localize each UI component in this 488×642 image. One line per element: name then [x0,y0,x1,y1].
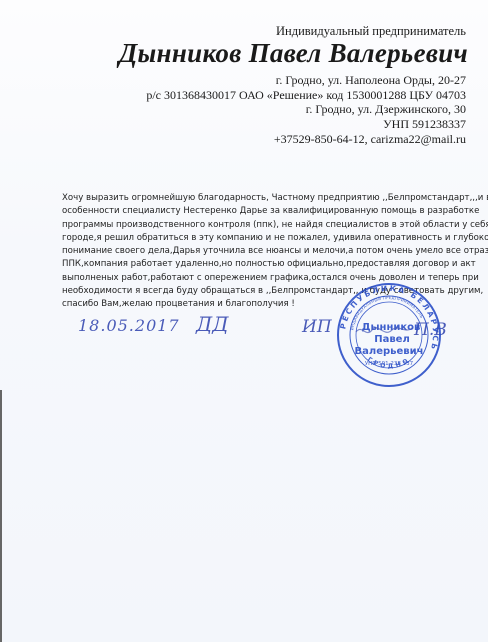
letter-line: понимание своего дела,Дарья уточнила все… [62,245,482,258]
letterhead-unp: УНП 591238337 [383,117,466,132]
letterhead-role: Индивидуальный предприниматель [276,24,466,39]
letterhead-bank-account: р/с 301368430017 ОАО «Решение» код 15300… [146,88,466,103]
letter-line: особенности специалисту Нестеренко Дарье… [62,205,482,218]
ip-signature-label: ИП [302,317,332,337]
handwritten-date: 18.05.2017 [78,316,180,335]
letter-line: Хочу выразить огромнейшую благодарность,… [62,192,482,205]
official-stamp: РЕСПУБЛИКА БЕЛАРУСЬ ИНДИВИДУАЛЬНЫЙ ПРЕДП… [336,282,442,388]
letter-line: городе,я решил обратиться в эту компанию… [62,232,482,245]
letterhead-name: Дынников Павел Валерьевич [119,38,468,69]
client-signature: ДД [196,312,229,336]
letter-line: программы производственного контроля (пп… [62,219,482,232]
stamp-name-line2: Павел [374,334,410,345]
scan-edge-shadow [0,390,2,642]
letterhead-bank-address: г. Гродно, ул. Дзержинского, 30 [306,102,466,117]
letterhead-address: г. Гродно, ул. Наполеона Орды, 20-27 [276,73,466,88]
document-page: Индивидуальный предприниматель Дынников … [0,0,488,642]
stamp-unp: УНП 591 238 337 [365,361,414,367]
letter-line: ППК,компания работает удаленно,но полнос… [62,258,482,271]
stamp-seal-icon: РЕСПУБЛИКА БЕЛАРУСЬ ИНДИВИДУАЛЬНЫЙ ПРЕДП… [336,282,442,388]
stamp-name-line3: Валерьевич [355,346,424,357]
letterhead-contacts: +37529-850-64-12, carizma22@mail.ru [274,132,466,147]
